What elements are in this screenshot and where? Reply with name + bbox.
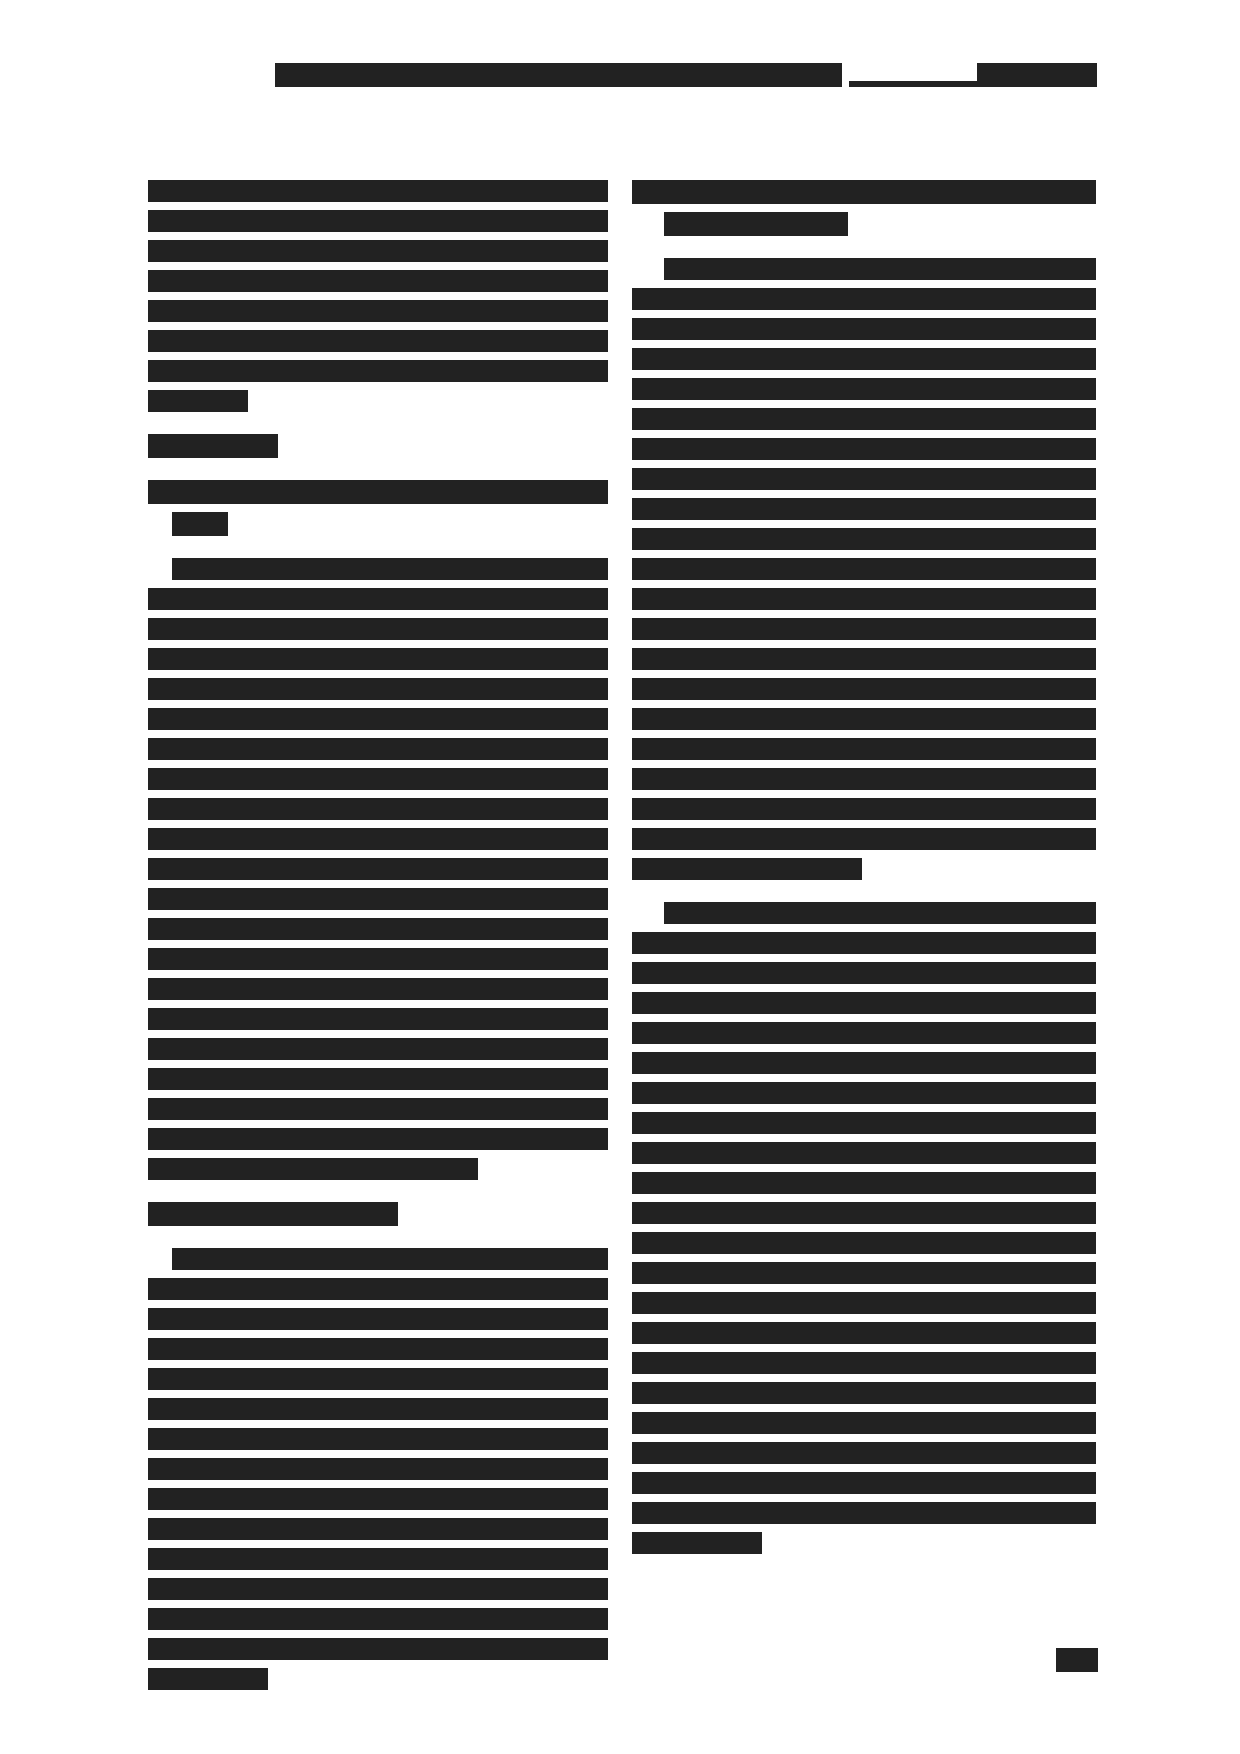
redacted-text-line bbox=[632, 768, 1096, 790]
redacted-text-line bbox=[632, 378, 1096, 400]
redacted-text-line bbox=[632, 288, 1096, 310]
redacted-text-line bbox=[632, 828, 1096, 850]
redacted-text-line bbox=[148, 270, 608, 292]
redacted-text-line bbox=[632, 1022, 1096, 1044]
section-heading bbox=[632, 180, 1096, 236]
redacted-text-line bbox=[148, 798, 608, 820]
redacted-text-line bbox=[172, 558, 608, 580]
redacted-text-line bbox=[148, 1338, 608, 1360]
redacted-text-line bbox=[148, 858, 608, 880]
redacted-text-line bbox=[148, 648, 608, 670]
redacted-text-line bbox=[632, 1232, 1096, 1254]
redacted-text-line bbox=[148, 360, 608, 382]
redacted-text-line bbox=[632, 408, 1096, 430]
redacted-text-line bbox=[148, 618, 608, 640]
redacted-text-line bbox=[632, 498, 1096, 520]
running-header-journal-redacted bbox=[977, 63, 1097, 87]
redacted-text-line bbox=[632, 1142, 1096, 1164]
redacted-text-line bbox=[148, 588, 608, 610]
redacted-text-line bbox=[148, 918, 608, 940]
redacted-text-line bbox=[632, 858, 862, 880]
redacted-text-line bbox=[148, 1202, 398, 1226]
redacted-text-line bbox=[148, 1488, 608, 1510]
redacted-text-line bbox=[632, 1052, 1096, 1074]
redacted-text-line bbox=[148, 1158, 478, 1180]
redacted-text-line bbox=[148, 330, 608, 352]
redacted-text-line bbox=[148, 1578, 608, 1600]
redacted-text-line bbox=[632, 648, 1096, 670]
redacted-text-line bbox=[148, 1458, 608, 1480]
redacted-text-line bbox=[148, 948, 608, 970]
redacted-text-line bbox=[632, 1112, 1096, 1134]
redacted-text-line bbox=[632, 348, 1096, 370]
redacted-text-line bbox=[148, 738, 608, 760]
redacted-text-line bbox=[632, 708, 1096, 730]
redacted-text-line bbox=[148, 828, 608, 850]
paragraph bbox=[632, 902, 1096, 1554]
running-header bbox=[275, 63, 1099, 91]
redacted-text-line bbox=[148, 1068, 608, 1090]
right-column bbox=[632, 180, 1096, 1576]
redacted-text-line bbox=[632, 1532, 762, 1554]
redacted-text-line bbox=[148, 240, 608, 262]
paragraph bbox=[148, 558, 608, 1180]
redacted-text-line bbox=[148, 1368, 608, 1390]
redacted-text-line bbox=[632, 180, 1096, 204]
redacted-text-line bbox=[148, 1428, 608, 1450]
redacted-text-line bbox=[632, 932, 1096, 954]
redacted-text-line bbox=[632, 318, 1096, 340]
paragraph bbox=[632, 258, 1096, 880]
redacted-text-line bbox=[148, 1038, 608, 1060]
redacted-text-line bbox=[148, 1668, 268, 1690]
redacted-text-line bbox=[632, 1202, 1096, 1224]
running-header-title-redacted bbox=[275, 63, 842, 87]
redacted-text-line bbox=[148, 768, 608, 790]
redacted-text-line bbox=[148, 1398, 608, 1420]
redacted-text-line bbox=[632, 738, 1096, 760]
redacted-text-line bbox=[632, 1502, 1096, 1524]
paragraph bbox=[148, 180, 608, 412]
redacted-text-line bbox=[632, 558, 1096, 580]
left-column bbox=[148, 180, 608, 1712]
redacted-text-line bbox=[148, 180, 608, 202]
page-number-redacted bbox=[1056, 1648, 1098, 1672]
redacted-text-line bbox=[632, 1322, 1096, 1344]
redacted-text-line bbox=[148, 1608, 608, 1630]
running-header-rule bbox=[849, 81, 977, 87]
redacted-text-line bbox=[632, 588, 1096, 610]
redacted-text-line bbox=[632, 1352, 1096, 1374]
redacted-text-line bbox=[664, 212, 848, 236]
redacted-text-line bbox=[632, 678, 1096, 700]
redacted-text-line bbox=[148, 1638, 608, 1660]
redacted-text-line bbox=[148, 300, 608, 322]
redacted-text-line bbox=[632, 962, 1096, 984]
redacted-text-line bbox=[148, 678, 608, 700]
redacted-text-line bbox=[148, 434, 278, 458]
redacted-text-line bbox=[148, 888, 608, 910]
redacted-text-line bbox=[148, 1098, 608, 1120]
section-heading bbox=[148, 480, 608, 536]
section-heading bbox=[148, 1202, 608, 1226]
redacted-text-line bbox=[632, 1382, 1096, 1404]
redacted-text-line bbox=[148, 210, 608, 232]
redacted-text-line bbox=[632, 1172, 1096, 1194]
redacted-text-line bbox=[148, 1518, 608, 1540]
redacted-text-line bbox=[632, 1292, 1096, 1314]
redacted-text-line bbox=[172, 512, 228, 536]
redacted-text-line bbox=[148, 978, 608, 1000]
redacted-text-line bbox=[148, 1548, 608, 1570]
redacted-text-line bbox=[148, 1008, 608, 1030]
redacted-text-line bbox=[664, 902, 1096, 924]
redacted-text-line bbox=[632, 1472, 1096, 1494]
redacted-text-line bbox=[148, 1278, 608, 1300]
redacted-text-line bbox=[148, 1128, 608, 1150]
redacted-text-line bbox=[148, 708, 608, 730]
redacted-text-line bbox=[664, 258, 1096, 280]
section-heading bbox=[148, 434, 608, 458]
redacted-text-line bbox=[172, 1248, 608, 1270]
redacted-text-line bbox=[148, 390, 248, 412]
redacted-text-line bbox=[632, 528, 1096, 550]
redacted-text-line bbox=[632, 618, 1096, 640]
redacted-text-line bbox=[632, 798, 1096, 820]
redacted-text-line bbox=[632, 438, 1096, 460]
redacted-text-line bbox=[632, 1442, 1096, 1464]
redacted-text-line bbox=[632, 1412, 1096, 1434]
paragraph bbox=[148, 1248, 608, 1690]
redacted-text-line bbox=[148, 1308, 608, 1330]
redacted-text-line bbox=[632, 1082, 1096, 1104]
redacted-text-line bbox=[632, 468, 1096, 490]
redacted-text-line bbox=[632, 1262, 1096, 1284]
redacted-text-line bbox=[632, 992, 1096, 1014]
redacted-text-line bbox=[148, 480, 608, 504]
